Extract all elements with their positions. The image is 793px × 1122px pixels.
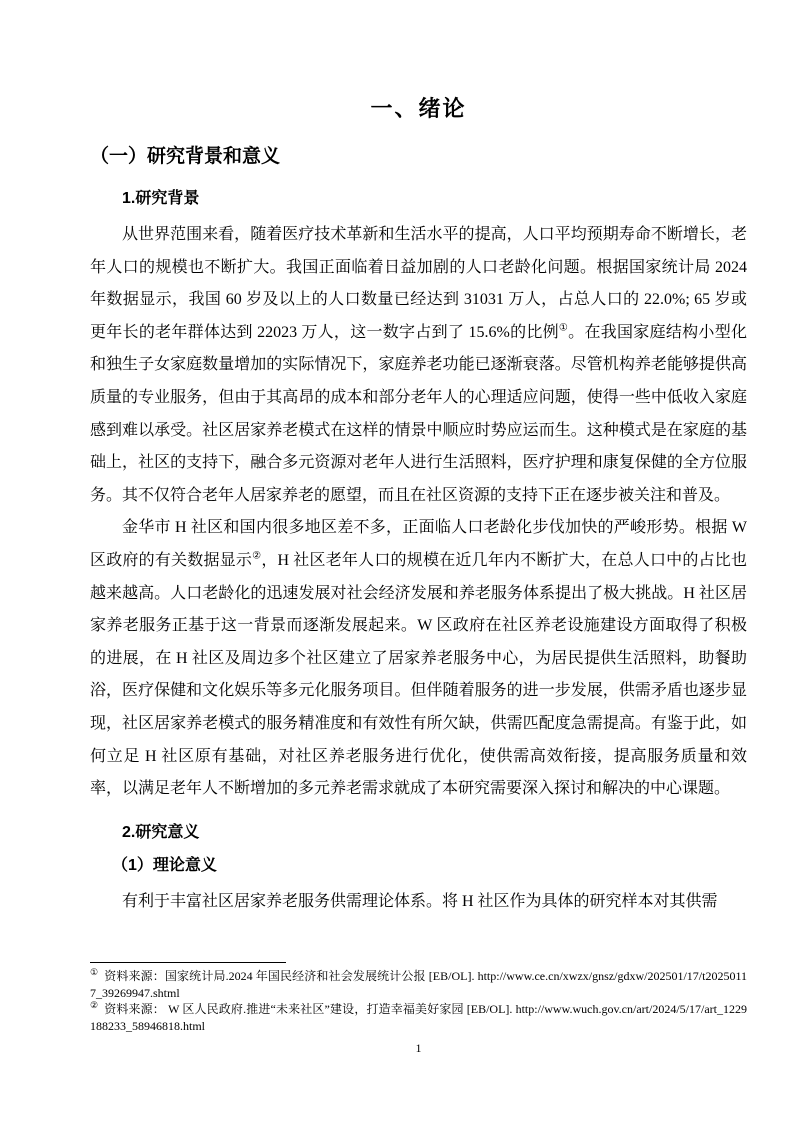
section-heading-background-significance: （一）研究背景和意义 [90,142,747,172]
footnote-1-marker: ① [90,967,104,977]
footnote-2-text: 资料来源： W 区人民政府.推进“未来社区”建设，打造幸福美好家园 [EB/OL… [90,1002,747,1033]
footnote-separator-line [90,962,286,963]
footnote-ref-2: ② [252,551,261,562]
footnote-2: ②资料来源： W 区人民政府.推进“未来社区”建设，打造幸福美好家园 [EB/O… [90,1001,747,1034]
paragraph-theoretical-significance: 有利于丰富社区居家养老服务供需理论体系。将 H 社区作为具体的研究样本对其供需 [90,886,747,919]
document-page: 一、绪论 （一）研究背景和意义 1.研究背景 从世界范围来看，随着医疗技术革新和… [0,0,793,1122]
document-content: 一、绪论 （一）研究背景和意义 1.研究背景 从世界范围来看，随着医疗技术革新和… [0,92,793,918]
paragraph-text: 。在我国家庭结构小型化和独生子女家庭数量增加的实际情况下，家庭养老功能已逐渐衰落… [90,324,747,504]
footnote-area: ①资料来源：国家统计局.2024 年国民经济和社会发展统计公报 [EB/OL].… [90,962,747,1034]
chapter-title: 一、绪论 [90,92,747,126]
footnote-2-marker: ② [90,1000,104,1010]
footnote-1: ①资料来源：国家统计局.2024 年国民经济和社会发展统计公报 [EB/OL].… [90,968,747,1001]
paragraph-research-background-2: 金华市 H 社区和国内很多地区差不多，正面临人口老龄化步伐加快的严峻形势。根据 … [90,512,747,805]
subsubsection-heading-theoretical-significance: （1）理论意义 [112,852,747,880]
subsection-heading-research-significance: 2.研究意义 [122,819,747,847]
paragraph-research-background-1: 从世界范围来看，随着医疗技术革新和生活水平的提高，人口平均预期寿命不断增长，老年… [90,219,747,512]
paragraph-text: ，H 社区老年人口的规模在近几年内不断扩大，在总人口中的占比也越来越高。人口老龄… [90,552,747,797]
footnote-ref-1: ① [559,322,568,333]
page-number: 1 [90,1040,747,1056]
subsection-heading-research-background: 1.研究背景 [122,185,747,213]
footnote-1-text: 资料来源：国家统计局.2024 年国民经济和社会发展统计公报 [EB/OL]. … [90,969,747,1000]
